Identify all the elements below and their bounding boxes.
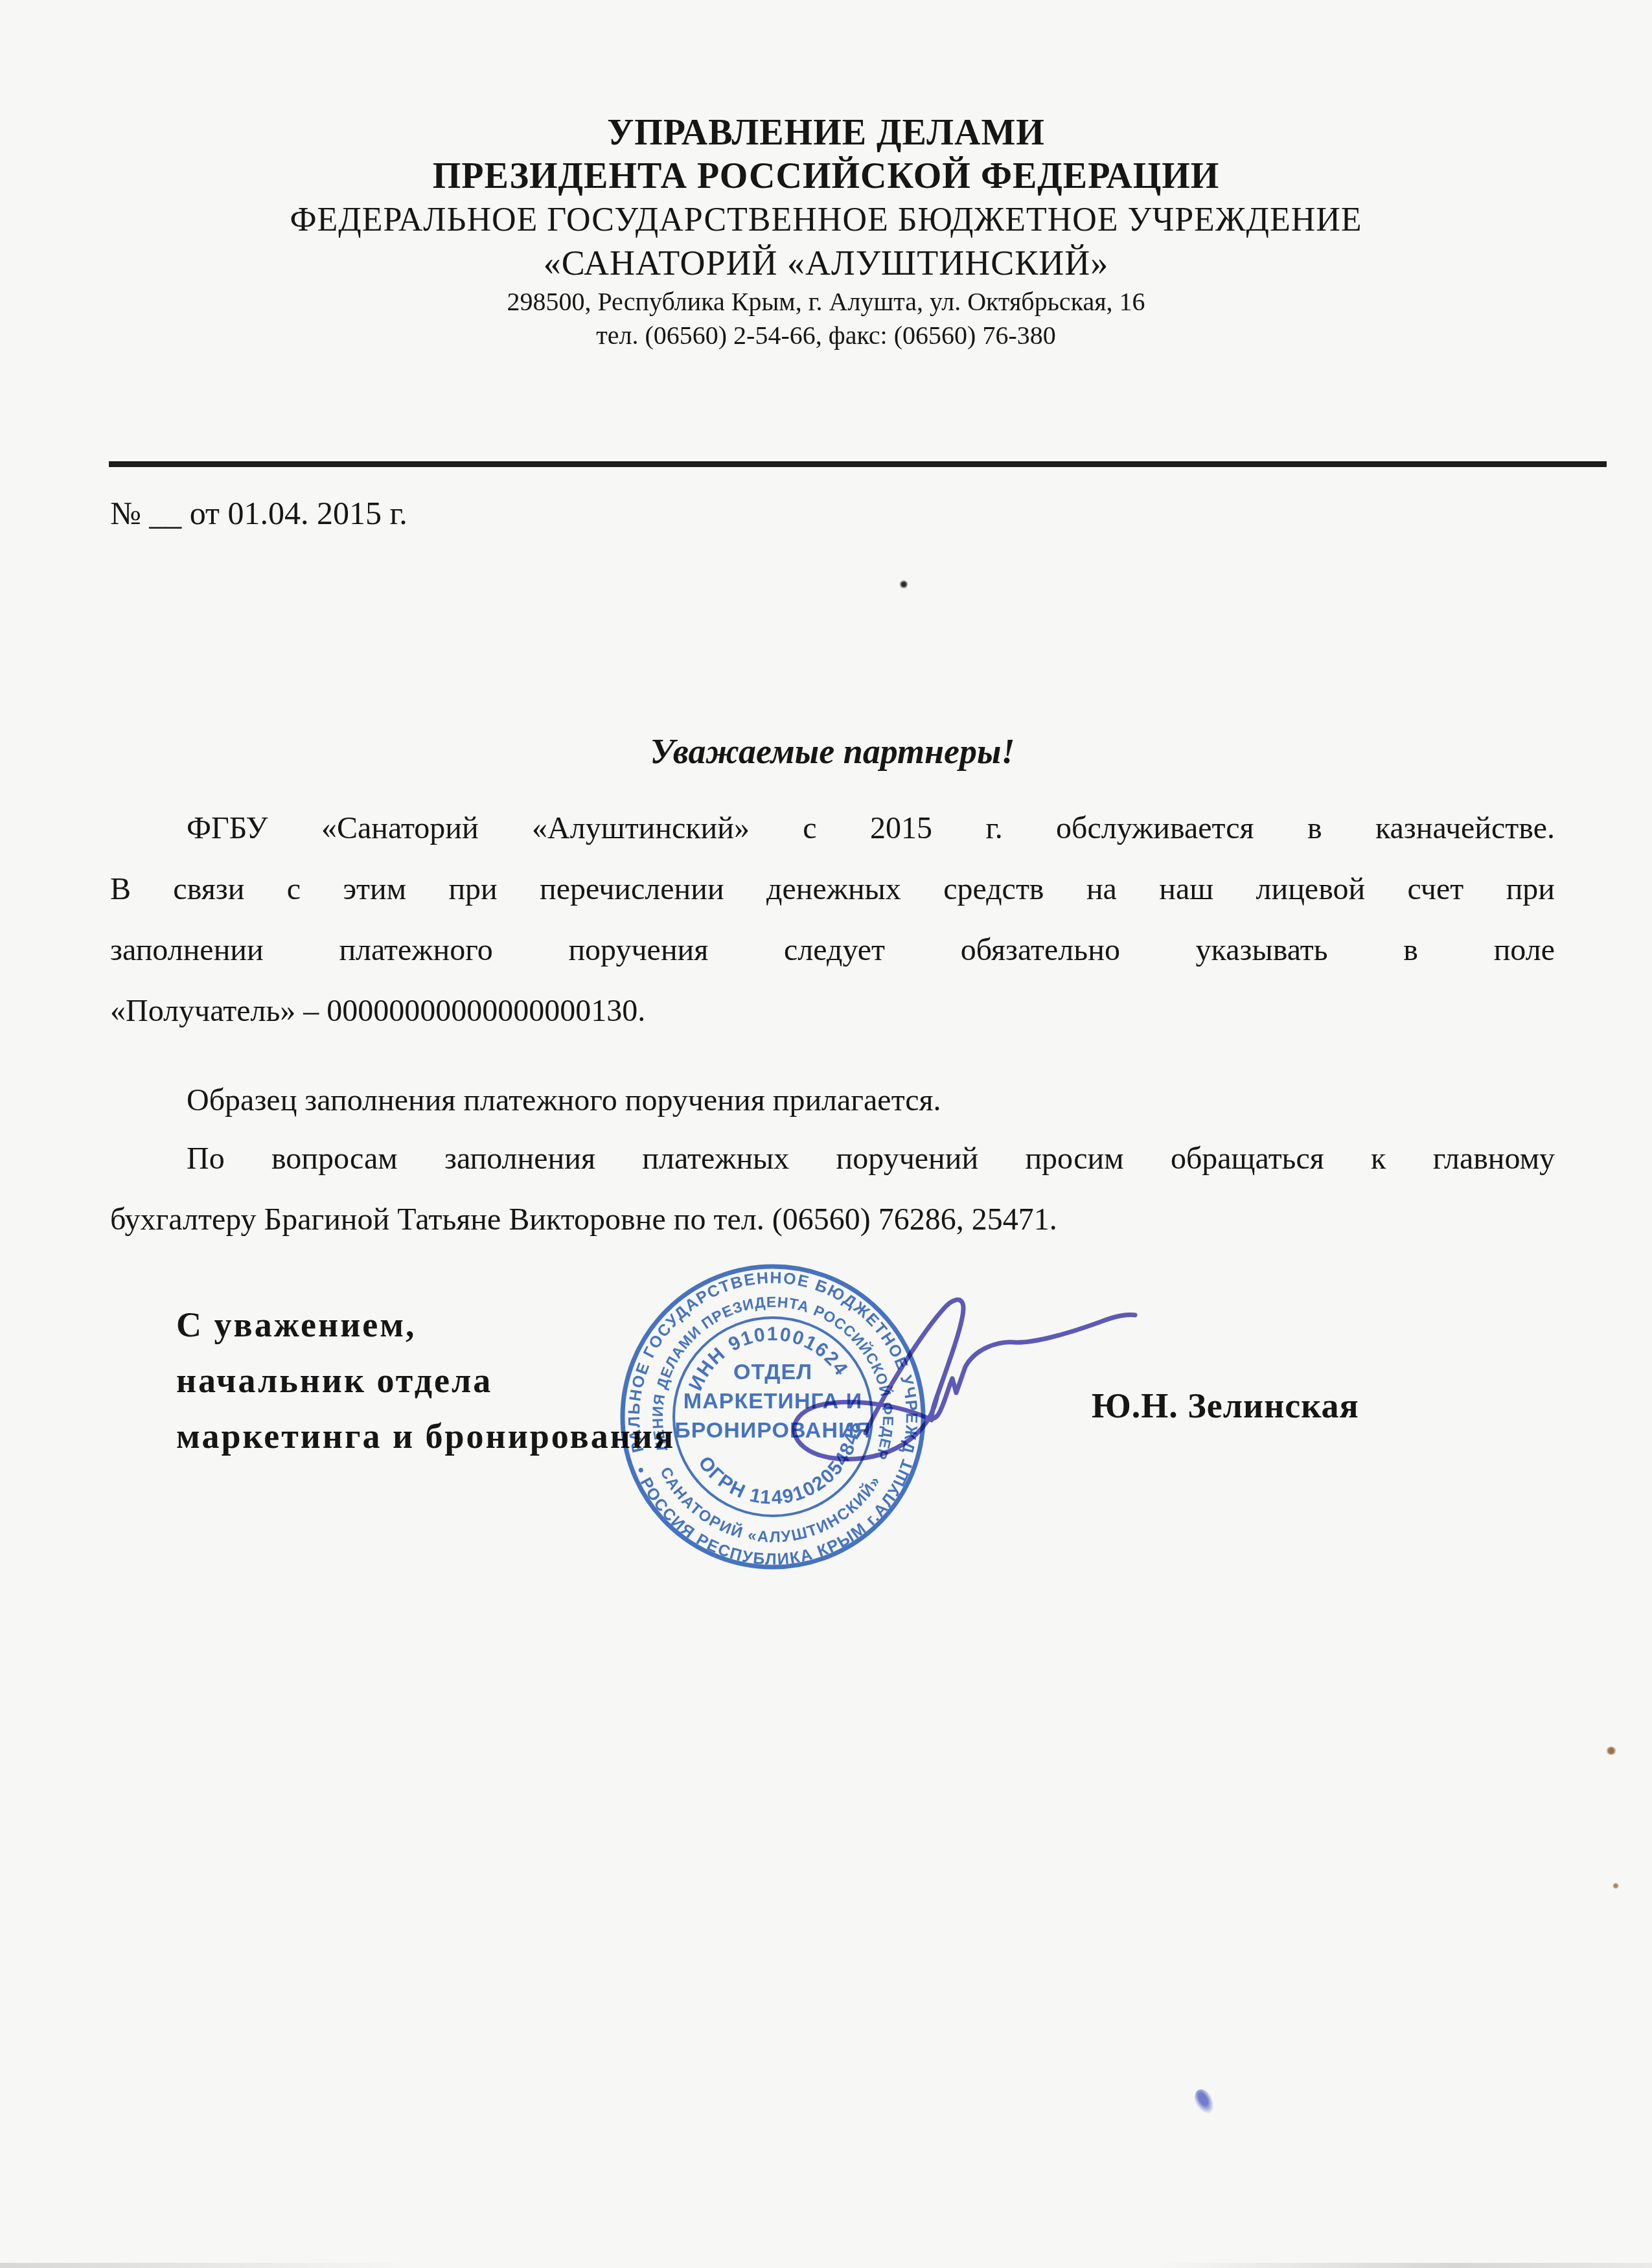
handwritten-signature — [790, 1286, 1173, 1474]
paragraph-2: Образец заполнения платежного поручения … — [110, 1070, 1555, 1131]
org-name-line1: УПРАВЛЕНИЕ ДЕЛАМИ — [0, 111, 1652, 155]
reference-number-line: № __ от 01.04. 2015 г. — [110, 494, 407, 533]
signature-stroke-main — [866, 1300, 1135, 1433]
body-line: «Получатель» – 00000000000000000130. — [110, 981, 1555, 1042]
letterhead: УПРАВЛЕНИЕ ДЕЛАМИ ПРЕЗИДЕНТА РОССИЙСКОЙ … — [0, 111, 1652, 352]
paragraph-1: ФГБУ «Санаторий «Алуштинский» с 2015 г. … — [110, 798, 1555, 1042]
salutation: Уважаемые партнеры! — [110, 731, 1555, 772]
org-name-line2: ПРЕЗИДЕНТА РОССИЙСКОЙ ФЕДЕРАЦИИ — [0, 155, 1652, 198]
org-name-line3: ФЕДЕРАЛЬНОЕ ГОСУДАРСТВЕННОЕ БЮДЖЕТНОЕ УЧ… — [0, 198, 1652, 242]
paper-stain — [1605, 1747, 1617, 1755]
body-line: По вопросам заполнения платежных поручен… — [110, 1128, 1555, 1189]
scanned-letter-page: УПРАВЛЕНИЕ ДЕЛАМИ ПРЕЗИДЕНТА РОССИЙСКОЙ … — [0, 0, 1652, 2268]
ink-speck — [899, 580, 908, 589]
signoff-title-line1: начальник отдела — [176, 1353, 675, 1408]
signoff-block: С уважением, начальник отдела маркетинга… — [176, 1297, 675, 1464]
paragraph-3: По вопросам заполнения платежных поручен… — [110, 1128, 1555, 1250]
signoff-title-line2: маркетинга и бронирования — [176, 1408, 675, 1464]
org-address: 298500, Республика Крым, г. Алушта, ул. … — [0, 285, 1652, 319]
scan-edge-shadow — [0, 2263, 1652, 2268]
body-line: В связи с этим при перечислении денежных… — [110, 859, 1555, 920]
body-line: бухгалтеру Брагиной Татьяне Викторовне п… — [110, 1189, 1555, 1250]
letterhead-divider-rule — [109, 461, 1607, 467]
body-line: ФГБУ «Санаторий «Алуштинский» с 2015 г. … — [110, 798, 1555, 859]
org-phone-fax: тел. (06560) 2-54-66, факс: (06560) 76-3… — [0, 319, 1652, 352]
body-line: заполнении платежного поручения следует … — [110, 920, 1555, 981]
paper-stain — [1612, 1883, 1619, 1889]
org-name-line4: «САНАТОРИЙ «АЛУШТИНСКИЙ» — [0, 242, 1652, 285]
signoff-closing: С уважением, — [176, 1297, 675, 1353]
body-line: Образец заполнения платежного поручения … — [110, 1070, 1555, 1131]
blue-ink-smudge — [1191, 2086, 1218, 2117]
